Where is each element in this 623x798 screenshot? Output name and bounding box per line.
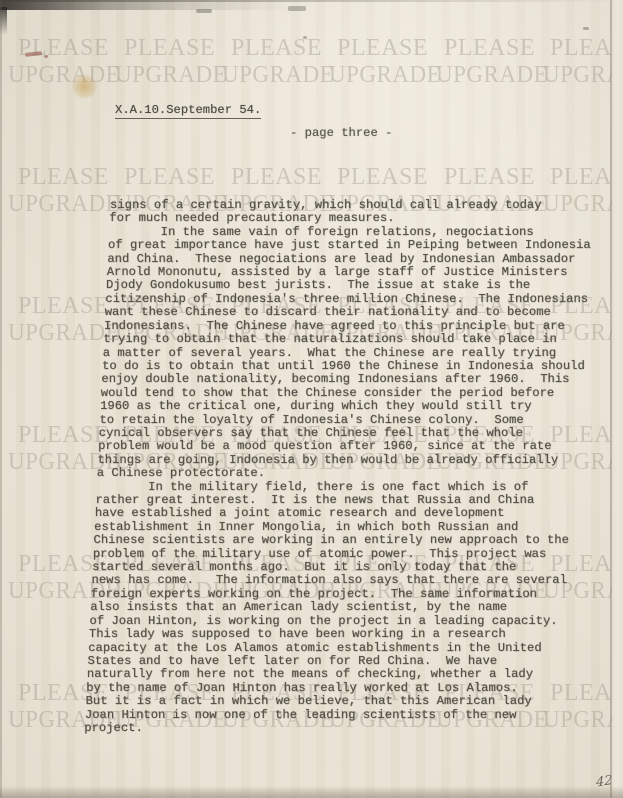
text-line: project.	[84, 722, 143, 735]
text-line: Joan Hinton is now one of the leading sc…	[85, 709, 517, 722]
text-line: have established a joint atomic research…	[95, 507, 505, 520]
scanned-document-page: PLEASEPLEASEPLEASEPLEASEPLEASEPLEASEUPGR…	[0, 0, 623, 798]
text-line: to retain the loyalty of Indonesia's Chi…	[99, 414, 523, 427]
text-line: But it is a fact in which we believe, th…	[86, 695, 532, 708]
text-line: problem would be a mood question after 1…	[98, 440, 551, 453]
text-line: news has come. The information also says…	[92, 574, 567, 587]
text-line: a matter of several years. What the Chin…	[103, 347, 556, 360]
text-line: capacity at the Los Alamos atomic establ…	[88, 642, 541, 655]
text-line: In the military field, there is one fact…	[148, 481, 528, 494]
handwritten-page-number: 42.	[596, 773, 617, 791]
text-line: trying to obtain that the naturalization…	[103, 333, 556, 346]
text-line: This lady was supposed to have been work…	[89, 628, 506, 641]
text-line: naturally from here not the means of che…	[87, 668, 533, 681]
text-line: enjoy double nationality, becoming Indon…	[101, 373, 569, 386]
text-line: of great importance have just started in…	[108, 239, 591, 252]
text-line: Djody Gondokusumo best jurists. The issu…	[106, 279, 530, 292]
document-body: signs of a certain gravity, which should…	[0, 0, 623, 798]
text-line: a Chinese protectorate.	[97, 467, 265, 480]
text-line: 1960 as the critical one, during which t…	[100, 400, 532, 413]
text-line: want these Chinese to discard their nati…	[105, 306, 551, 319]
text-line: for much needed precautionary measures.	[109, 212, 394, 225]
text-line: also insists that an American lady scien…	[90, 601, 507, 614]
text-line: Chinese scientists are working in an ent…	[94, 534, 569, 547]
